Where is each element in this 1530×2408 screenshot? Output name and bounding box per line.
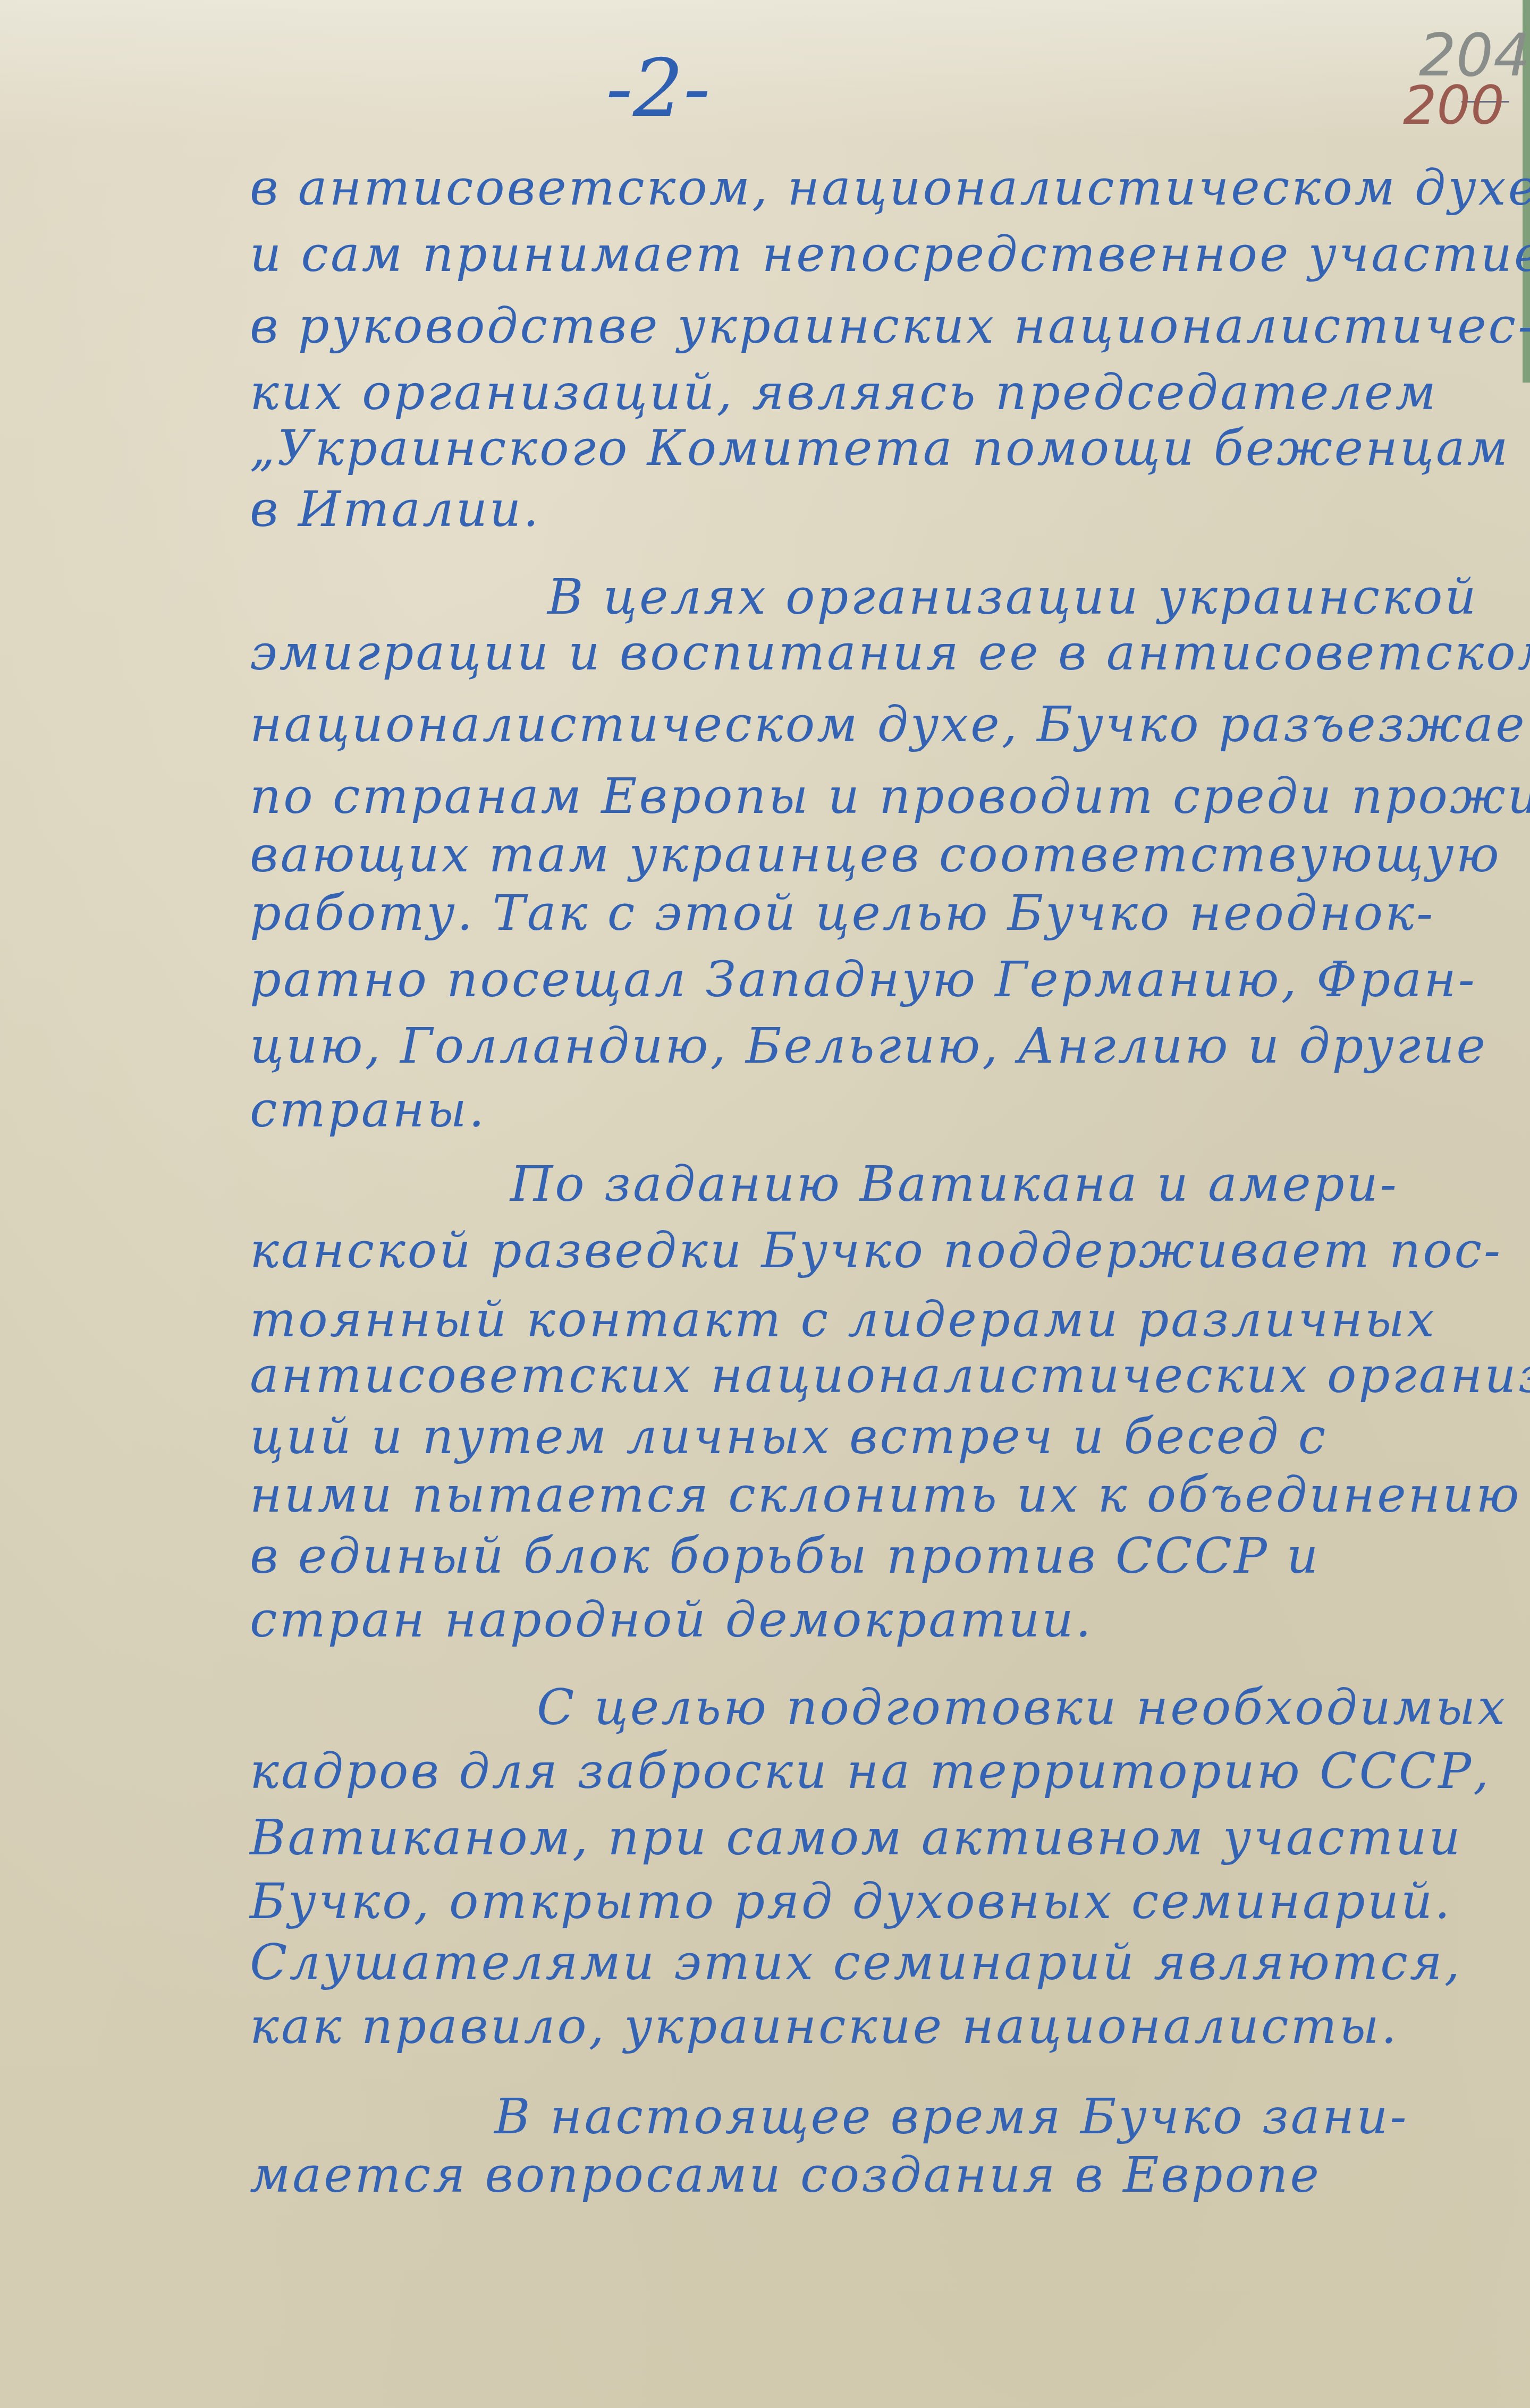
page-number: -2- [606, 43, 711, 135]
text-line: Слушателями этих семинарий являются, [250, 1934, 1462, 1991]
text-line: канской разведки Бучко поддерживает пос- [250, 1222, 1502, 1279]
text-line: по странам Европы и проводит среди прожи… [250, 768, 1530, 825]
text-line: в единый блок борьбы против СССР и [250, 1528, 1320, 1584]
text-line: В целях организации украинской [547, 569, 1478, 625]
text-line: цию, Голландию, Бельгию, Англию и другие [250, 1018, 1487, 1074]
paper-crease [0, 0, 1530, 138]
text-line: в антисоветском, националистическом духе… [250, 159, 1530, 216]
text-line: В настоящее время Бучко зани- [494, 2088, 1409, 2145]
archive-number-red: 200 [1403, 74, 1504, 137]
text-line: в руководстве украинских националистичес… [250, 298, 1530, 354]
text-line: тоянный контакт с лидерами различных [250, 1291, 1436, 1348]
text-line: ких организаций, являясь председателем [250, 364, 1438, 421]
text-line: „Украинского Комитета помощи беженцам [250, 420, 1510, 477]
text-line: По заданию Ватикана и амери- [510, 1156, 1399, 1213]
text-line: как правило, украинские националисты. [250, 1998, 1399, 2055]
text-line: вающих там украинцев соответствующую [250, 826, 1501, 883]
text-line: националистическом духе, Бучко разъезжае… [250, 696, 1530, 753]
text-line: Ватиканом, при самом активном участии [250, 1809, 1463, 1866]
text-line: С целью подготовки необходимых [537, 1679, 1507, 1736]
text-line: кадров для заброски на территорию СССР, [250, 1743, 1491, 1800]
text-line: эмиграции и воспитания ее в антисоветско… [250, 624, 1530, 681]
text-line: и сам принимает непосредственное участие [250, 226, 1530, 283]
text-line: ними пытается склонить их к объединению [250, 1466, 1521, 1523]
text-line: работу. Так с этой целью Бучко неоднок- [250, 885, 1435, 942]
text-line: стран народной демократии. [250, 1591, 1093, 1648]
text-line: ций и путем личных встреч и бесед с [250, 1408, 1328, 1465]
text-line: антисоветских националистических организ… [250, 1347, 1530, 1404]
text-line: страны. [250, 1081, 486, 1138]
text-line: ратно посещал Западную Германию, Фран- [250, 951, 1477, 1008]
text-line: в Италии. [250, 481, 540, 538]
text-line: Бучко, открыто ряд духовных семинарий. [250, 1873, 1452, 1930]
text-line: мается вопросами создания в Европе [250, 2147, 1321, 2203]
